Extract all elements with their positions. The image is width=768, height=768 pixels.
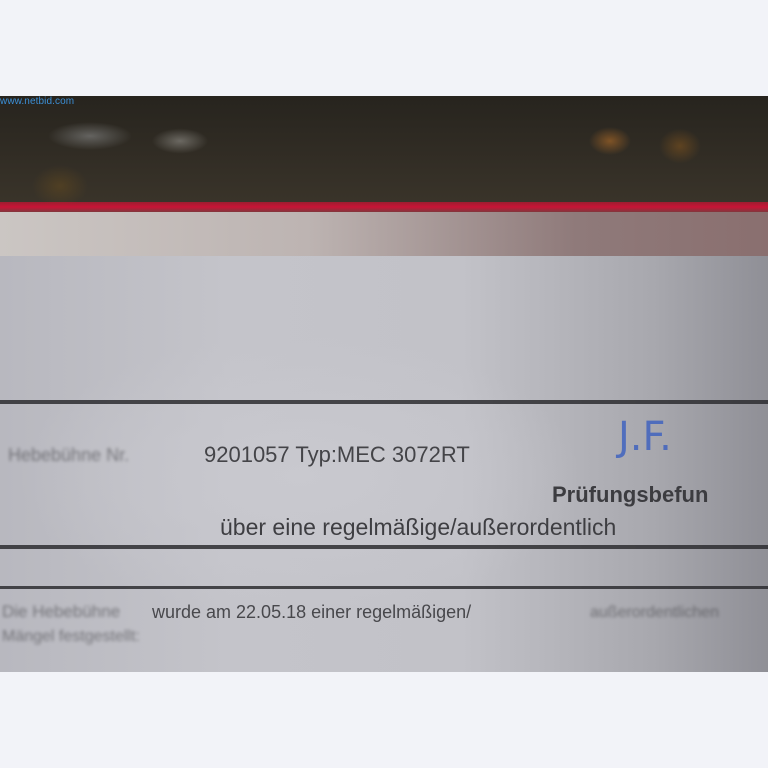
red-folder-edge [0, 202, 768, 212]
inspection-date-text: wurde am 22.05.18 einer regelmäßigen/ [152, 602, 471, 623]
machine-label: Hebebühne Nr. [8, 445, 129, 466]
document-photo: www.netbid.com Hebebühne Nr. 9201057 Typ… [0, 96, 768, 672]
blurred-background [0, 96, 768, 206]
watermark: www.netbid.com [0, 96, 74, 107]
paragraph-end: außerordentlichen [590, 604, 719, 622]
inspection-document: Hebebühne Nr. 9201057 Typ:MEC 3072RT J.F… [0, 256, 768, 672]
machine-number-type: 9201057 Typ:MEC 3072RT [204, 442, 470, 468]
rule-line [0, 400, 768, 404]
rule-line [0, 586, 768, 589]
paragraph-start: Die Hebebühne [2, 602, 120, 622]
plastic-sleeve [0, 212, 768, 262]
handwritten-initials: J.F. [618, 414, 672, 460]
paragraph-line2: Mängel festgestellt: [2, 628, 140, 646]
report-subheading: über eine regelmäßige/außerordentlich [220, 514, 616, 541]
rule-line [0, 545, 768, 549]
report-heading: Prüfungsbefun [552, 482, 708, 508]
